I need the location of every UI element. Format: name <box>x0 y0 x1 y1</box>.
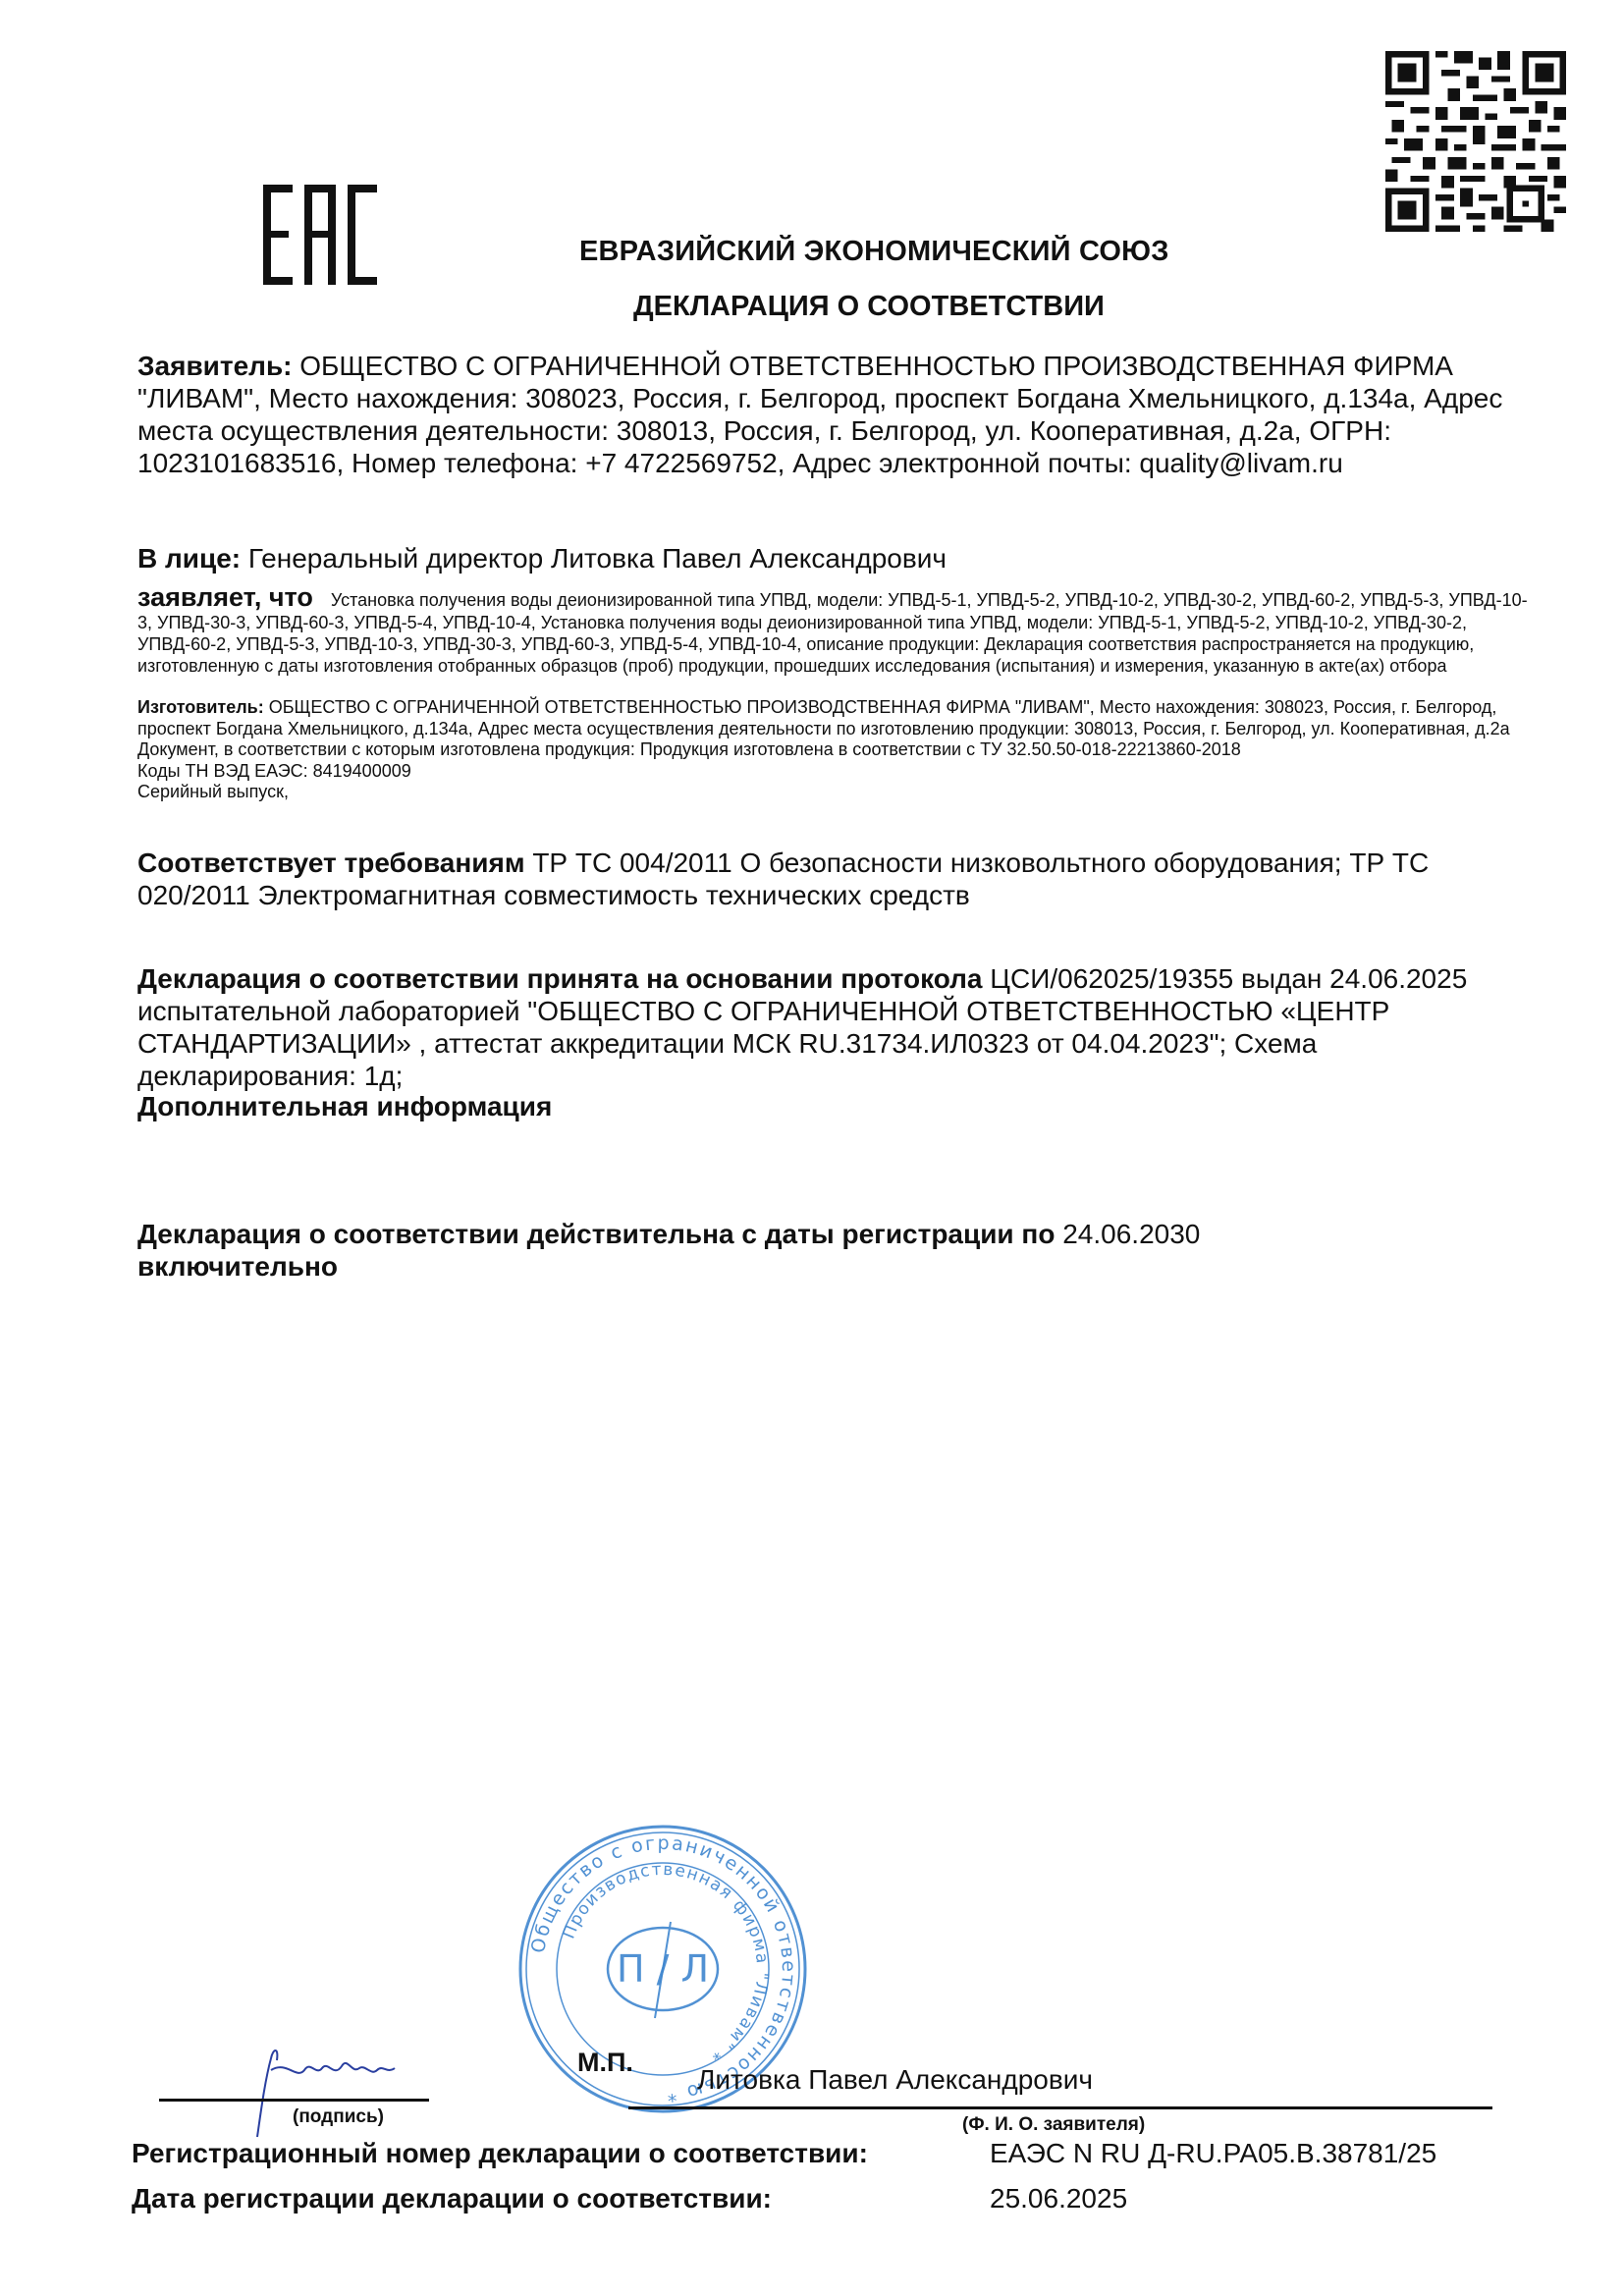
document-title: ДЕКЛАРАЦИЯ О СООТВЕТСТВИИ <box>633 291 1105 323</box>
declares-text: Установка получения воды деионизированно… <box>137 590 1528 676</box>
registration-date-label: Дата регистрации декларации о соответств… <box>132 2183 772 2214</box>
name-caption: (Ф. И. О. заявителя) <box>962 2114 1145 2136</box>
person-text: Генеральный директор Литовка Павел Алекс… <box>241 543 947 574</box>
basis-label: Декларация о соответствии принята на осн… <box>137 963 983 994</box>
validity-date: 24.06.2030 <box>1055 1219 1200 1249</box>
registration-date-value: 25.06.2025 <box>990 2183 1127 2214</box>
declares-label: заявляет, что <box>137 582 313 612</box>
declares-section: заявляет, чтоУстановка получения воды де… <box>137 581 1532 677</box>
validity-label: Декларация о соответствии действительна … <box>137 1219 1055 1249</box>
qr-code <box>1382 51 1569 232</box>
applicant-section: Заявитель: ОБЩЕСТВО С ОГРАНИЧЕННОЙ ОТВЕТ… <box>137 350 1532 479</box>
manufacturer-section: Изготовитель: ОБЩЕСТВО С ОГРАНИЧЕННОЙ ОТ… <box>137 697 1532 803</box>
stamp-place-label: М.П. <box>577 2048 633 2078</box>
basis-section: Декларация о соответствии принята на осн… <box>137 962 1532 1092</box>
serial-release: Серийный выпуск, <box>137 782 1532 803</box>
name-line <box>628 2106 1492 2109</box>
registration-number-value: ЕАЭС N RU Д-RU.РА05.В.38781/25 <box>990 2138 1436 2169</box>
validity-section: Декларация о соответствии действительна … <box>137 1218 1532 1283</box>
manufacturer-label: Изготовитель: <box>137 697 264 717</box>
manufacturer-document: Документ, в соответствии с которым изгот… <box>137 739 1532 761</box>
validity-suffix: включительно <box>137 1251 338 1282</box>
additional-info-label: Дополнительная информация <box>137 1090 1532 1122</box>
person-section: В лице: Генеральный директор Литовка Пав… <box>137 542 1532 574</box>
svg-text:П / Л: П / Л <box>617 1947 709 1991</box>
signature-caption: (подпись) <box>293 2106 384 2128</box>
requirements-label: Соответствует требованиям <box>137 847 525 878</box>
manufacturer-text: ОБЩЕСТВО С ОГРАНИЧЕННОЙ ОТВЕТСТВЕННОСТЬЮ… <box>137 697 1510 738</box>
applicant-text: ОБЩЕСТВО С ОГРАНИЧЕННОЙ ОТВЕТСТВЕННОСТЬЮ… <box>137 351 1502 478</box>
requirements-section: Соответствует требованиям ТР ТС 004/2011… <box>137 847 1532 911</box>
signer-name: Литовка Павел Александрович <box>697 2064 1093 2096</box>
person-label: В лице: <box>137 543 241 574</box>
applicant-label: Заявитель: <box>137 351 293 381</box>
union-title: ЕВРАЗИЙСКИЙ ЭКОНОМИЧЕСКИЙ СОЮЗ <box>579 236 1169 268</box>
signature-line <box>159 2099 429 2102</box>
registration-number-label: Регистрационный номер декларации о соотв… <box>132 2138 868 2169</box>
eac-mark-icon <box>263 185 377 285</box>
hs-codes: Коды ТН ВЭД ЕАЭС: 8419400009 <box>137 761 1532 783</box>
